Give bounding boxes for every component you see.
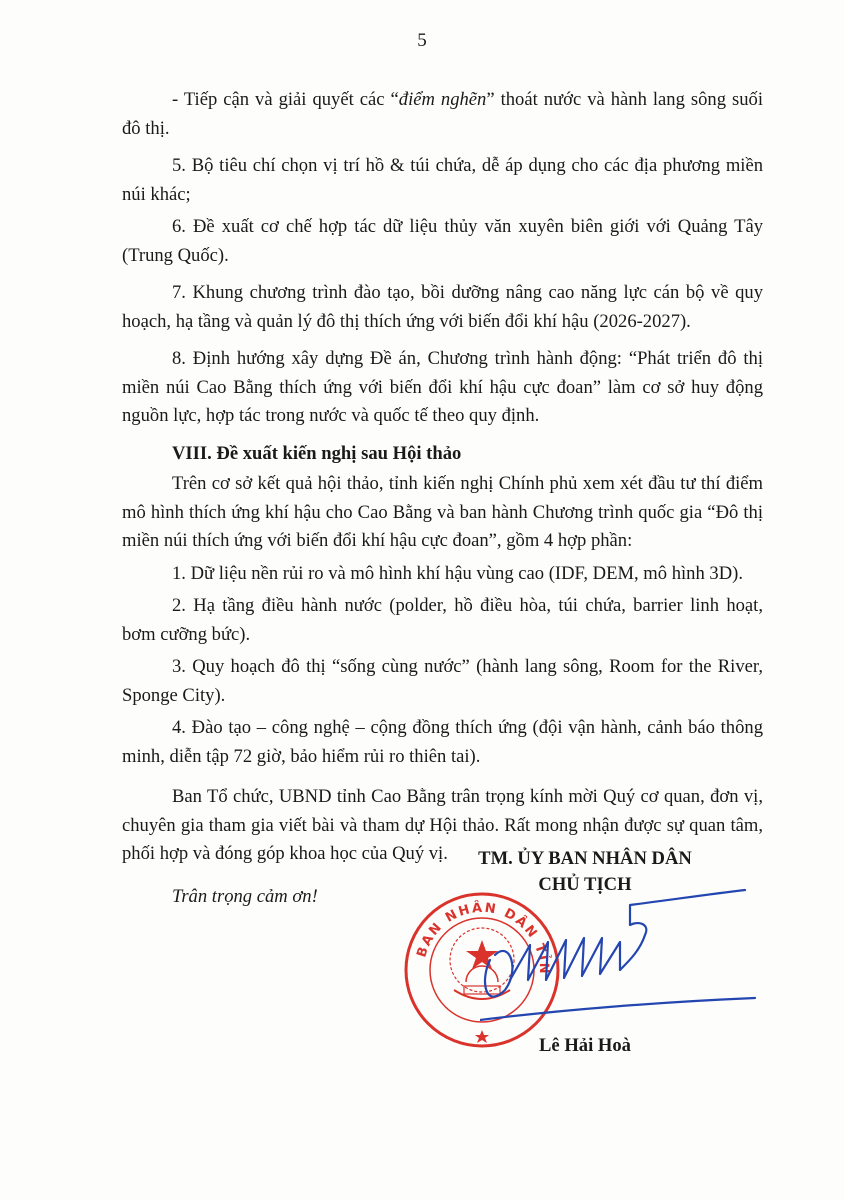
document-body: - Tiếp cận và giải quyết các “điểm nghẽn… bbox=[122, 86, 763, 911]
list-item: 6. Đề xuất cơ chế hợp tác dữ liệu thủy v… bbox=[122, 213, 763, 270]
emphasis-text: điểm nghẽn bbox=[399, 89, 487, 110]
page-number: 5 bbox=[0, 30, 844, 52]
list-item: 5. Bộ tiêu chí chọn vị trí hồ & túi chứa… bbox=[122, 152, 763, 209]
signatory-org: TM. ỦY BAN NHÂN DÂN bbox=[400, 846, 770, 872]
bullet-paragraph: - Tiếp cận và giải quyết các “điểm nghẽn… bbox=[122, 86, 763, 143]
component-item: 1. Dữ liệu nền rủi ro và mô hình khí hậu… bbox=[122, 560, 763, 589]
signatory-name: Lê Hải Hoà bbox=[400, 1035, 770, 1057]
component-item: 2. Hạ tầng điều hành nước (polder, hồ đi… bbox=[122, 592, 763, 649]
bullet-text: - Tiếp cận và giải quyết các “ bbox=[172, 89, 399, 110]
component-item: 3. Quy hoạch đô thị “sống cùng nước” (hà… bbox=[122, 653, 763, 710]
handwritten-signature-icon bbox=[480, 880, 760, 1030]
section-heading: VIII. Đề xuất kiến nghị sau Hội thảo bbox=[122, 440, 763, 469]
list-item: 8. Định hướng xây dựng Đề án, Chương trì… bbox=[122, 345, 763, 431]
section-intro: Trên cơ sở kết quả hội thảo, tỉnh kiến n… bbox=[122, 470, 763, 556]
component-item: 4. Đào tạo – công nghệ – cộng đồng thích… bbox=[122, 714, 763, 771]
list-item: 7. Khung chương trình đào tạo, bồi dưỡng… bbox=[122, 279, 763, 336]
